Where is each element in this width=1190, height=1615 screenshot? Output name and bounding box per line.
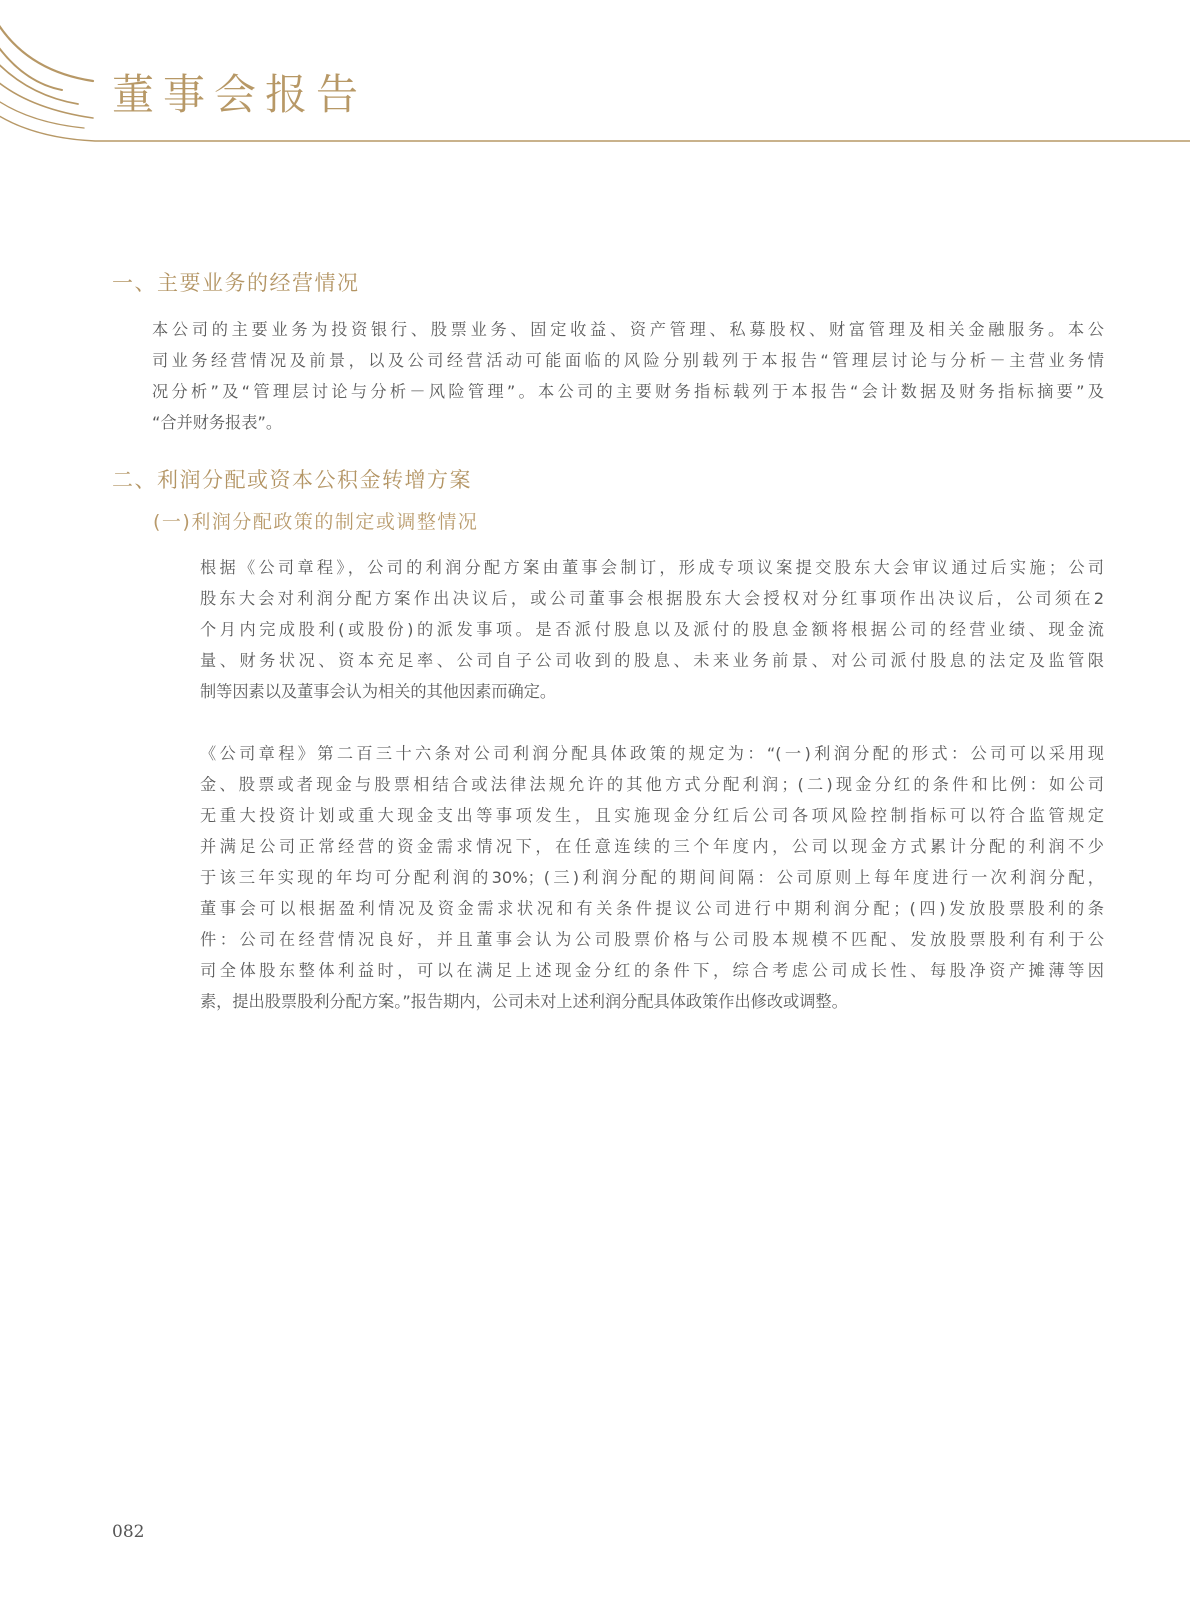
subsection-heading-policy: (一)利润分配政策的制定或调整情况 xyxy=(153,513,478,532)
text-line: 素，提出股票股利分配方案。”报告期内，公司未对上述利润分配具体政策作出修改或调整… xyxy=(200,986,1104,1017)
text-line: 《公司章程》第二百三十六条对公司利润分配具体政策的规定为：“(一)利润分配的形式… xyxy=(200,738,1104,769)
text-line: 金、股票或者现金与股票相结合或法律法规允许的其他方式分配利润；(二)现金分红的条… xyxy=(200,769,1104,800)
text-line: 根据《公司章程》，公司的利润分配方案由董事会制订，形成专项议案提交股东大会审议通… xyxy=(200,552,1104,583)
page-number: 082 xyxy=(112,1524,144,1541)
paragraph-articles-of-association: 根据《公司章程》，公司的利润分配方案由董事会制订，形成专项议案提交股东大会审议通… xyxy=(200,552,1104,707)
text-line: 于该三年实现的年均可分配利润的30%；(三)利润分配的期间间隔：公司原则上每年度… xyxy=(200,862,1104,893)
text-line: 司全体股东整体利益时，可以在满足上述现金分红的条件下，综合考虑公司成长性、每股净… xyxy=(200,955,1104,986)
paragraph-article-236: 《公司章程》第二百三十六条对公司利润分配具体政策的规定为：“(一)利润分配的形式… xyxy=(200,738,1104,1017)
page-title: 董事会报告 xyxy=(112,74,367,116)
section-heading-profit-distribution: 二、利润分配或资本公积金转增方案 xyxy=(112,470,472,491)
text-line: 件：公司在经营情况良好，并且董事会认为公司股票价格与公司股本规模不匹配、发放股票… xyxy=(200,924,1104,955)
paragraph-main-business: 本公司的主要业务为投资银行、股票业务、固定收益、资产管理、私募股权、财富管理及相… xyxy=(152,314,1104,438)
text-line: 司业务经营情况及前景，以及公司经营活动可能面临的风险分别载列于本报告“管理层讨论… xyxy=(152,345,1104,376)
text-line: “合并财务报表”。 xyxy=(152,407,1104,438)
text-line: 制等因素以及董事会认为相关的其他因素而确定。 xyxy=(200,676,1104,707)
text-line: 本公司的主要业务为投资银行、股票业务、固定收益、资产管理、私募股权、财富管理及相… xyxy=(152,314,1104,345)
text-line: 并满足公司正常经营的资金需求情况下，在任意连续的三个年度内，公司以现金方式累计分… xyxy=(200,831,1104,862)
text-line: 无重大投资计划或重大现金支出等事项发生，且实施现金分红后公司各项风险控制指标可以… xyxy=(200,800,1104,831)
section-heading-main-business: 一、主要业务的经营情况 xyxy=(112,273,360,294)
text-line: 股东大会对利润分配方案作出决议后，或公司董事会根据股东大会授权对分红事项作出决议… xyxy=(200,583,1104,614)
text-line: 况分析”及“管理层讨论与分析－风险管理”。本公司的主要财务指标载列于本报告“会计… xyxy=(152,376,1104,407)
text-line: 个月内完成股利(或股份)的派发事项。是否派付股息以及派付的股息金额将根据公司的经… xyxy=(200,614,1104,645)
text-line: 董事会可以根据盈利情况及资金需求状况和有关条件提议公司进行中期利润分配；(四)发… xyxy=(200,893,1104,924)
text-line: 量、财务状况、资本充足率、公司自子公司收到的股息、未来业务前景、对公司派付股息的… xyxy=(200,645,1104,676)
